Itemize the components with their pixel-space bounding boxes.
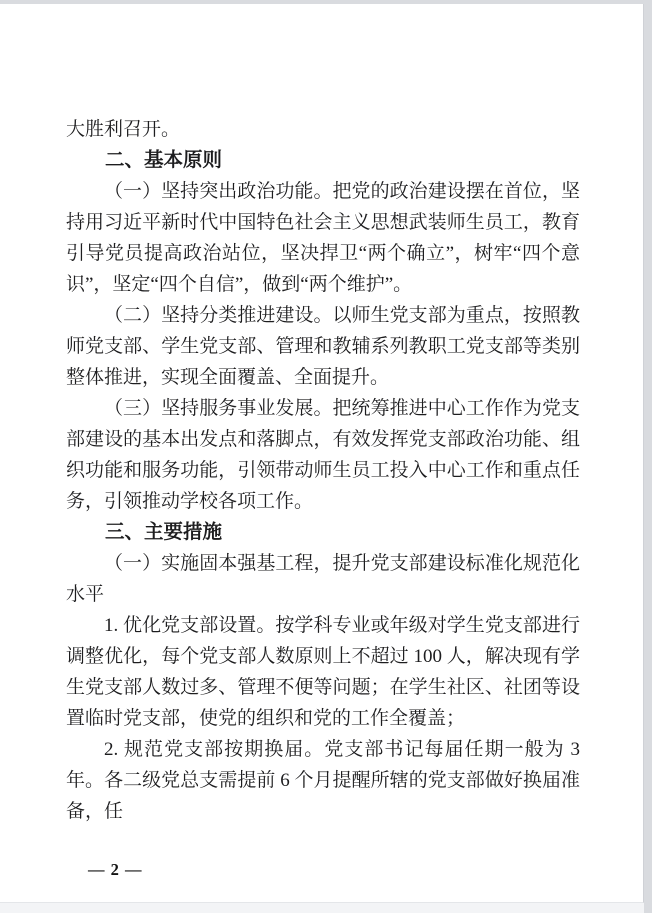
paragraph-lead: （二）坚持分类推进建设。 <box>104 305 333 326</box>
paragraph-lead: （一）坚持突出政治功能。 <box>104 181 333 202</box>
paragraph: （三）坚持服务事业发展。把统筹推进中心工作作为党支部建设的基本出发点和落脚点，有… <box>66 393 580 517</box>
paragraph-lead: 2. 规范党支部按期换届。 <box>104 739 324 760</box>
paragraph: （一）实施固本强基工程，提升党支部建设标准化规范化水平 <box>66 548 580 610</box>
paragraph: 1. 优化党支部设置。按学科专业或年级对学生党支部进行调整优化，每个党支部人数原… <box>66 610 580 734</box>
paragraph: （一）坚持突出政治功能。把党的政治建设摆在首位，坚持用习近平新时代中国特色社会主… <box>66 176 580 300</box>
section-heading: 三、主要措施 <box>66 517 580 548</box>
paragraph: 大胜利召开。 <box>66 114 580 145</box>
page-number: — 2 — <box>88 860 143 880</box>
document-body: 大胜利召开。二、基本原则（一）坚持突出政治功能。把党的政治建设摆在首位，坚持用习… <box>66 114 580 827</box>
paragraph: （二）坚持分类推进建设。以师生党支部为重点，按照教师党支部、学生党支部、管理和教… <box>66 300 580 393</box>
paragraph-lead: 1. 优化党支部设置。 <box>104 615 275 636</box>
document-page: 大胜利召开。二、基本原则（一）坚持突出政治功能。把党的政治建设摆在首位，坚持用习… <box>0 4 644 903</box>
paragraph: 2. 规范党支部按期换届。党支部书记每届任期一般为 3 年。各二级党总支需提前 … <box>66 734 580 827</box>
section-heading: 二、基本原则 <box>66 145 580 176</box>
window-background-right <box>644 0 652 913</box>
paragraph-lead: （三）坚持服务事业发展。 <box>104 398 333 419</box>
